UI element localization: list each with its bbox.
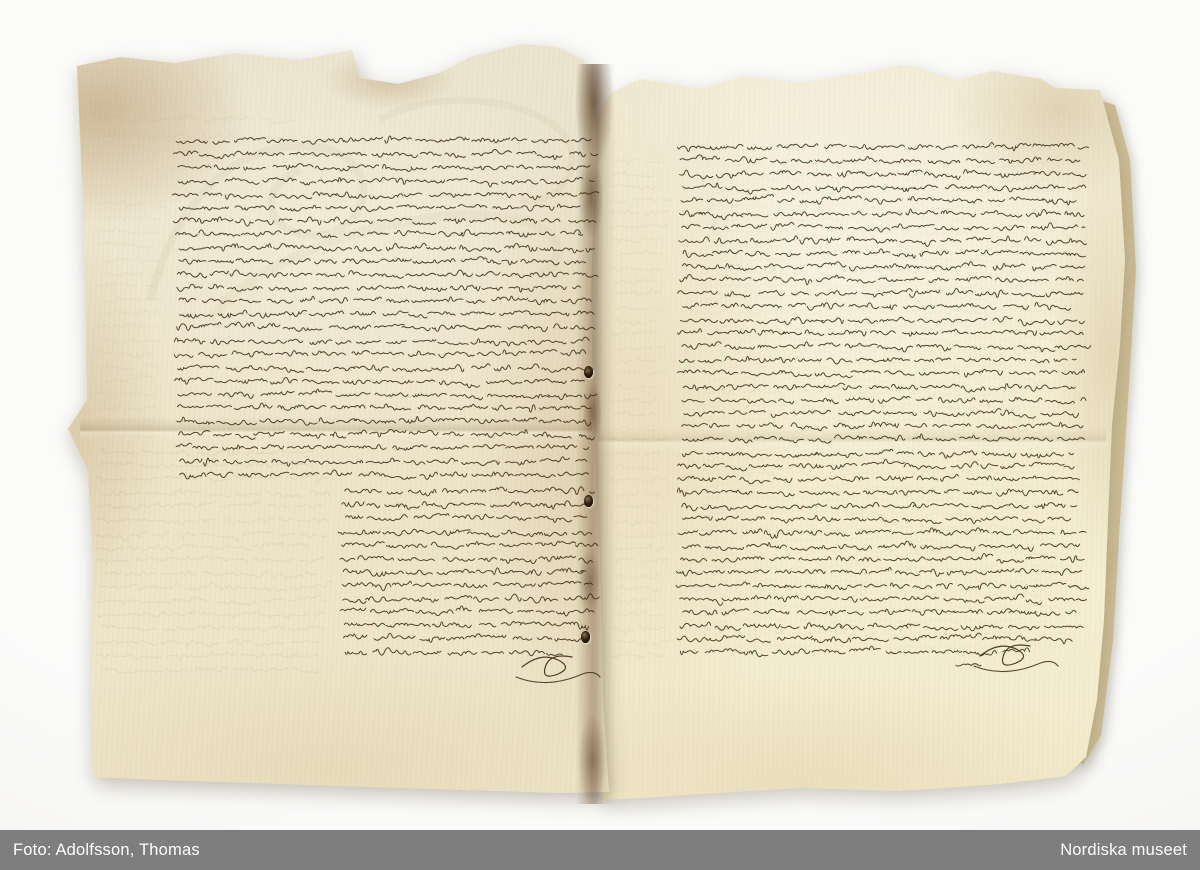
ghost-flourish (380, 100, 572, 201)
binding-hole-bottom (581, 631, 590, 643)
manuscript-right-page (0, 0, 1200, 870)
manuscript-left-page (0, 0, 1200, 870)
binding-hole-middle (584, 495, 593, 507)
binding-hole-top (584, 366, 593, 378)
back-sheet-layer (0, 0, 1200, 870)
back-sheet-edge (0, 0, 1200, 870)
photographer-credit: Foto: Adolfsson, Thomas (13, 841, 200, 860)
left-sheet-layer (0, 0, 1200, 870)
ghost-flourish (150, 146, 363, 300)
museum-credit: Nordiska museet (1060, 841, 1187, 860)
ghost-flourish (210, 216, 557, 320)
right-sheet-layer (0, 0, 1200, 870)
museum-photo: Foto: Adolfsson, Thomas Nordiska museet (0, 0, 1200, 870)
caption-bar: Foto: Adolfsson, Thomas Nordiska museet (0, 830, 1200, 870)
fold-crease-left-page (80, 417, 592, 443)
fold-crease-right-page (598, 428, 1106, 452)
manuscript-handwriting (0, 0, 1200, 830)
center-fold-burn (556, 64, 626, 804)
